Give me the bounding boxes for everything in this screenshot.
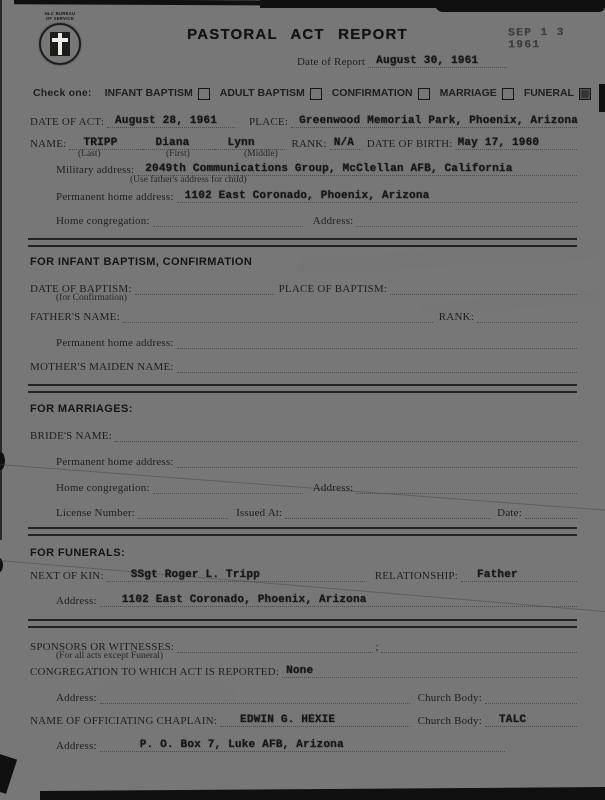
reported-address-line (100, 690, 410, 704)
name-middle-line: Lynn (215, 136, 285, 150)
place-label: PLACE: (235, 116, 291, 128)
father-permanent-address-line (177, 335, 577, 349)
home-congregation-row: Home congregation: Address: (56, 213, 577, 227)
date-of-birth-label: DATE OF BIRTH: (362, 138, 456, 150)
section-divider-1 (28, 238, 577, 247)
issued-at-label: Issued At: (228, 507, 285, 519)
church-body-line (485, 690, 577, 704)
chaplain-label: NAME OF OFFICIATING CHAPLAIN: (30, 715, 220, 727)
name-first-value: Diana (155, 137, 189, 149)
date-of-report-row: Date of Report August 30, 1961 (297, 54, 507, 68)
father-permanent-address-row: Permanent home address: (56, 335, 577, 349)
date-of-report-label: Date of Report (297, 56, 368, 68)
section-divider-3 (28, 527, 577, 536)
license-date-label: Date: (491, 507, 525, 519)
option-funeral: FUNERAL (524, 87, 591, 99)
bride-permanent-address-row: Permanent home address: (56, 454, 577, 468)
sponsors-separator: ; (373, 641, 380, 653)
bride-congregation-address-label: Address: (303, 482, 357, 494)
relationship-label: RELATIONSHIP: (365, 570, 461, 582)
baptism-section-header: FOR INFANT BAPTISM, CONFIRMATION (30, 256, 252, 268)
middle-hint: (Middle) (244, 149, 278, 159)
rank-line: N/A (330, 136, 362, 150)
next-of-kin-value: SSgt Roger L. Tripp (131, 569, 260, 581)
rank-value: N/A (334, 137, 354, 149)
chaplain-church-body-line: TALC (485, 713, 577, 727)
date-of-birth-line: May 17, 1960 (456, 136, 577, 150)
bride-congregation-address-line (356, 480, 577, 494)
option-adult-baptism: ADULT BAPTISM (220, 87, 322, 99)
last-hint: (Last) (78, 149, 101, 159)
bride-permanent-address-line (177, 454, 577, 468)
chaplain-line: EDWIN G. HEXIE (220, 713, 410, 727)
adult-baptism-checkbox[interactable] (310, 88, 322, 100)
chaplain-church-body-value: TALC (499, 714, 526, 726)
place-line: Greenwood Memorial Park, Phoenix, Arizon… (291, 114, 577, 128)
date-of-act-line: August 28, 1961 (107, 114, 235, 128)
place-of-baptism-line (390, 281, 577, 295)
adult-baptism-label: ADULT BAPTISM (220, 87, 305, 99)
license-row: License Number: Issued At: Date: (56, 505, 577, 519)
license-number-line (138, 505, 228, 519)
section-divider-2 (28, 384, 577, 393)
received-date-stamp: SEP 1 3 1961 (508, 26, 605, 51)
chaplain-row: NAME OF OFFICIATING CHAPLAIN: EDWIN G. H… (30, 713, 577, 727)
fathers-name-row: FATHER'S NAME: RANK: (30, 309, 577, 323)
rank-label: RANK: (285, 138, 329, 150)
bride-permanent-address-label: Permanent home address: (56, 456, 177, 468)
for-confirmation-hint: (for Confirmation) (56, 293, 127, 303)
home-congregation-line (153, 213, 303, 227)
scan-artifact-bottom-band (40, 787, 605, 800)
relationship-line: Father (461, 568, 577, 582)
name-last-line: TRIPP (69, 136, 143, 150)
scan-artifact-top-corner-blob (435, 0, 605, 12)
license-number-label: License Number: (56, 507, 138, 519)
home-congregation-label: Home congregation: (56, 215, 153, 227)
mothers-maiden-name-line (177, 359, 577, 373)
congregation-reported-line: None (282, 664, 577, 678)
funerals-section-header: FOR FUNERALS: (30, 547, 125, 559)
father-permanent-address-label: Permanent home address: (56, 337, 177, 349)
funeral-address-row: Address: 1102 East Coronado, Phoenix, Ar… (56, 593, 577, 607)
military-address-value: 2049th Communications Group, McClellan A… (145, 163, 512, 175)
relationship-value: Father (477, 569, 518, 581)
first-hint: (First) (166, 149, 190, 159)
reported-address-row: Address: Church Body: (56, 690, 577, 704)
father-rank-label: RANK: (433, 311, 477, 323)
sponsors-hint: (For all acts except Funeral) (56, 651, 163, 661)
congregation-reported-label: CONGREGATION TO WHICH ACT IS REPORTED: (30, 666, 282, 678)
confirmation-checkbox[interactable] (418, 88, 430, 100)
funeral-address-line: 1102 East Coronado, Phoenix, Arizona (100, 593, 577, 607)
option-confirmation: CONFIRMATION (332, 87, 430, 99)
military-address-row: Military address: 2049th Communications … (56, 162, 577, 176)
name-label: NAME: (30, 138, 69, 150)
congregation-reported-row: CONGREGATION TO WHICH ACT IS REPORTED: N… (30, 664, 577, 678)
father-rank-line (477, 309, 577, 323)
chaplain-address-label: Address: (56, 740, 100, 752)
date-of-birth-value: May 17, 1960 (458, 137, 540, 149)
funeral-address-value: 1102 East Coronado, Phoenix, Arizona (122, 594, 367, 606)
confirmation-label: CONFIRMATION (332, 87, 413, 99)
bride-congregation-label: Home congregation: (56, 482, 153, 494)
marriages-section-header: FOR MARRIAGES: (30, 403, 133, 415)
permanent-address-row: Permanent home address: 1102 East Corona… (56, 189, 577, 203)
name-middle-value: Lynn (227, 137, 254, 149)
name-row: NAME: TRIPP Diana Lynn RANK: N/A DATE OF… (30, 136, 577, 150)
bride-congregation-row: Home congregation: Address: (56, 480, 577, 494)
form-title: PASTORAL ACT REPORT (0, 26, 595, 43)
place-of-baptism-label: PLACE OF BAPTISM: (275, 283, 391, 295)
funeral-label: FUNERAL (524, 87, 574, 99)
date-of-report-line: August 30, 1961 (368, 54, 507, 68)
brides-name-label: BRIDE'S NAME: (30, 430, 115, 442)
funeral-checkbox[interactable] (579, 88, 591, 100)
brides-name-line (115, 428, 577, 442)
infant-baptism-label: INFANT BAPTISM (105, 87, 193, 99)
fathers-name-label: FATHER'S NAME: (30, 311, 123, 323)
chaplain-address-row: Address: P. O. Box 7, Luke AFB, Arizona (56, 738, 505, 752)
permanent-address-value: 1102 East Coronado, Phoenix, Arizona (185, 190, 430, 202)
name-first-line: Diana (143, 136, 215, 150)
place-value: Greenwood Memorial Park, Phoenix, Arizon… (299, 115, 578, 127)
church-body-label: Church Body: (410, 692, 485, 704)
home-congregation-address-label: Address: (303, 215, 357, 227)
funeral-address-label: Address: (56, 595, 100, 607)
infant-baptism-checkbox[interactable] (198, 88, 210, 100)
military-address-label: Military address: (56, 164, 137, 176)
marriage-checkbox[interactable] (502, 88, 514, 100)
marriage-label: MARRIAGE (440, 87, 497, 99)
permanent-address-label: Permanent home address: (56, 191, 177, 203)
date-of-baptism-line (135, 281, 275, 295)
option-infant-baptism: INFANT BAPTISM (105, 87, 210, 99)
chaplain-address-line: P. O. Box 7, Luke AFB, Arizona (100, 738, 505, 752)
option-marriage: MARRIAGE (440, 87, 514, 99)
chaplain-church-body-label: Church Body: (410, 715, 485, 727)
mothers-maiden-name-label: MOTHER'S MAIDEN NAME: (30, 361, 177, 373)
military-address-line: 2049th Communications Group, McClellan A… (137, 162, 577, 176)
next-of-kin-row: NEXT OF KIN: SSgt Roger L. Tripp RELATIO… (30, 568, 577, 582)
permanent-address-line: 1102 East Coronado, Phoenix, Arizona (177, 189, 577, 203)
date-of-report-value: August 30, 1961 (376, 55, 478, 67)
sponsors-line-1 (177, 639, 373, 653)
reported-address-label: Address: (56, 692, 100, 704)
congregation-reported-value: None (286, 665, 313, 677)
check-one-row: Check one: INFANT BAPTISM ADULT BAPTISM … (33, 87, 591, 99)
sponsors-line-2 (381, 639, 577, 653)
date-of-act-value: August 28, 1961 (115, 115, 217, 127)
mothers-maiden-name-row: MOTHER'S MAIDEN NAME: (30, 359, 577, 373)
next-of-kin-label: NEXT OF KIN: (30, 570, 107, 582)
fathers-name-line (123, 309, 433, 323)
check-one-label: Check one: (33, 87, 95, 99)
next-of-kin-line: SSgt Roger L. Tripp (107, 568, 365, 582)
chaplain-address-value: P. O. Box 7, Luke AFB, Arizona (140, 739, 344, 751)
brides-name-row: BRIDE'S NAME: (30, 428, 577, 442)
emblem-org-line2: OF SERVICE (40, 17, 81, 21)
section-divider-4 (28, 619, 577, 628)
chaplain-value: EDWIN G. HEXIE (240, 714, 335, 726)
scan-artifact-left-blob-1 (0, 452, 5, 470)
bride-congregation-line (153, 480, 303, 494)
military-address-hint: (Use father's address for child) (130, 175, 247, 185)
name-last-value: TRIPP (83, 137, 117, 149)
pastoral-act-report-scan: NLC BUREAU OF SERVICE PASTORAL ACT REPOR… (0, 0, 605, 800)
date-of-act-label: DATE OF ACT: (30, 116, 107, 128)
home-congregation-address-line (356, 213, 577, 227)
license-date-line (525, 505, 577, 519)
date-of-act-row: DATE OF ACT: August 28, 1961 PLACE: Gree… (30, 114, 577, 128)
scan-artifact-bottom-left-blob (0, 754, 17, 794)
issued-at-line (285, 505, 491, 519)
scan-artifact-right-edge-mark (599, 84, 605, 112)
